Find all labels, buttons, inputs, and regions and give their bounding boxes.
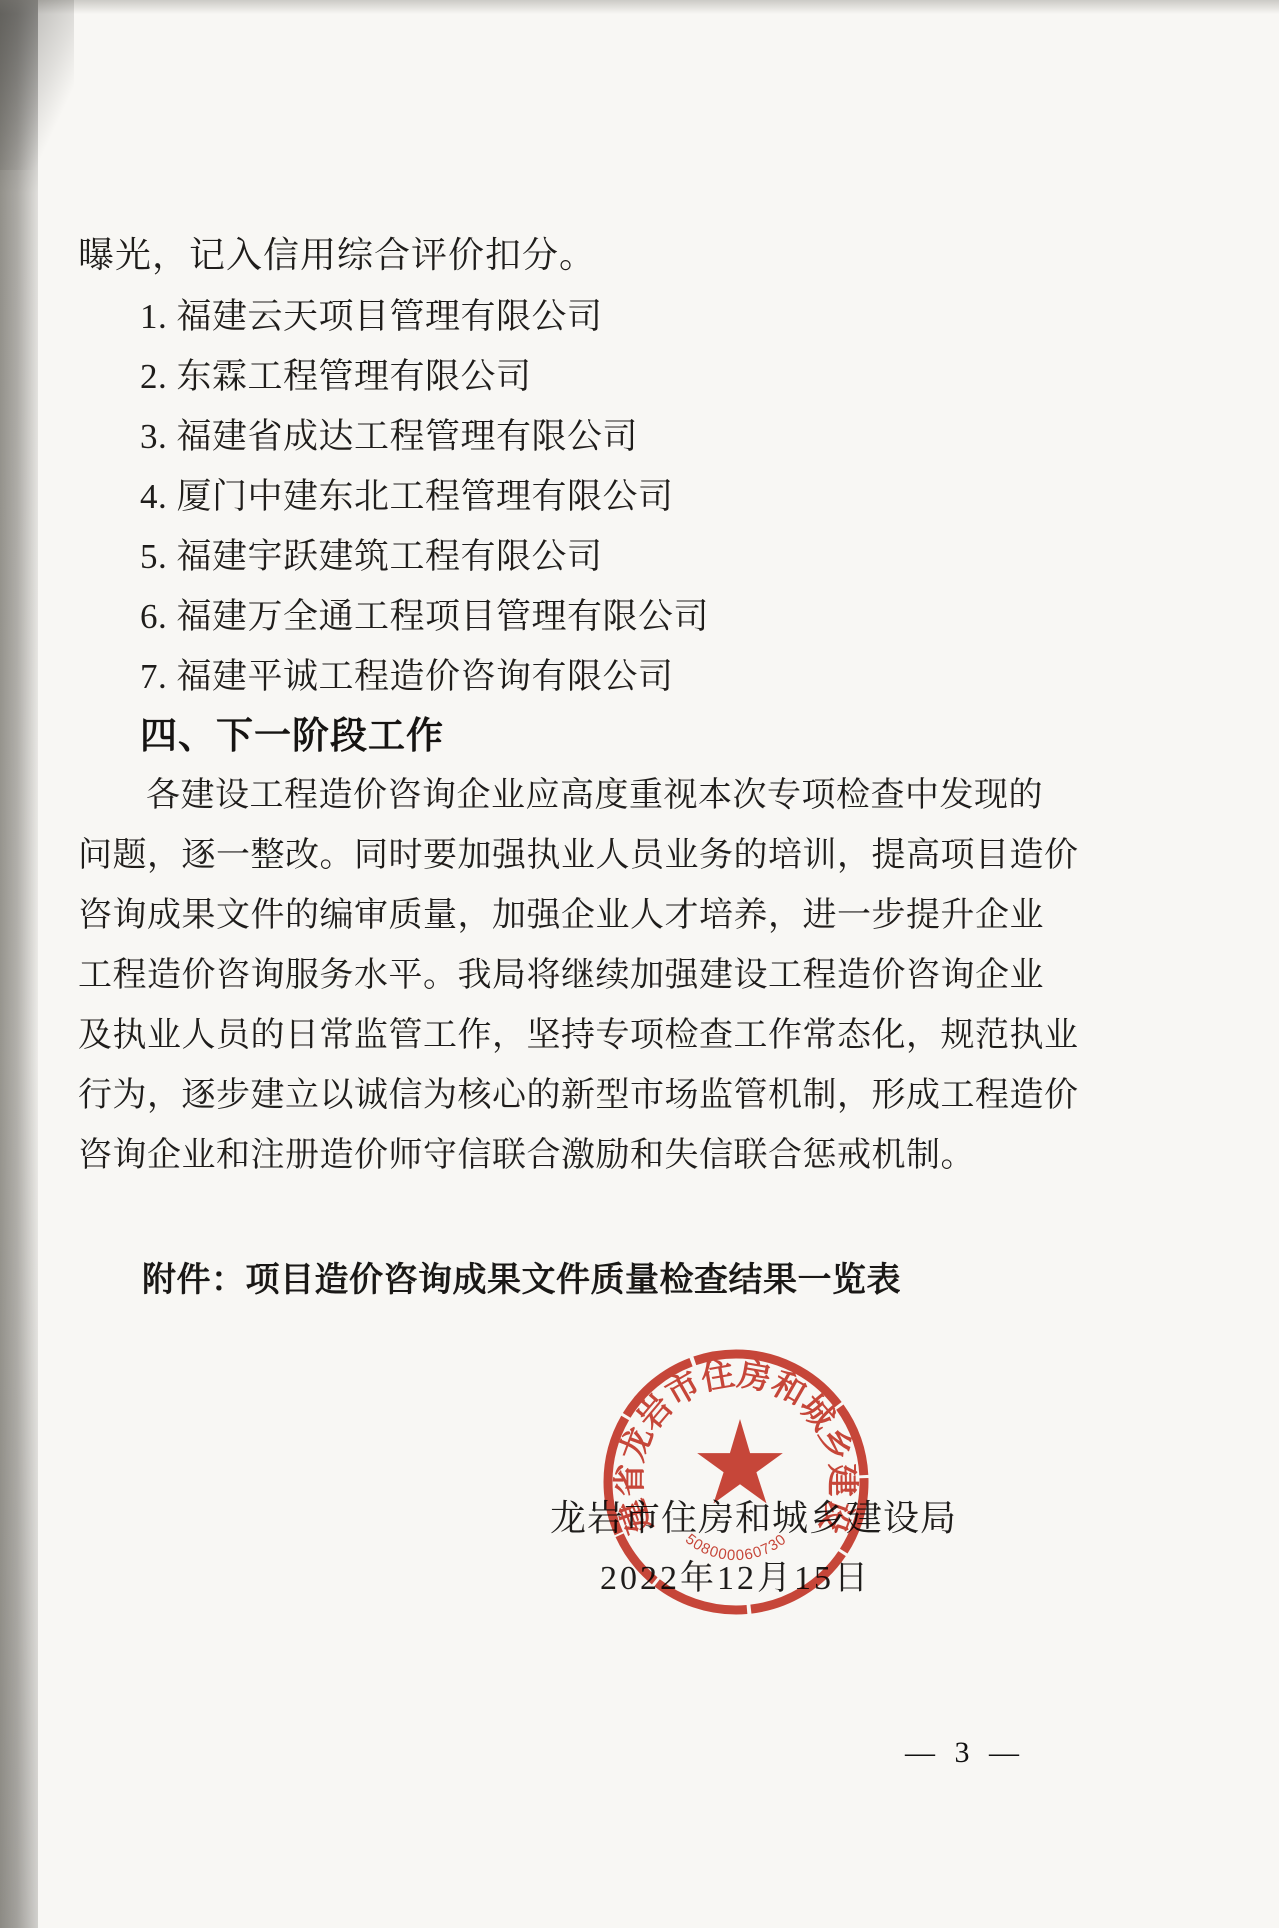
scan-edge-left	[0, 0, 38, 1928]
list-item: 6. 福建万全通工程项目管理有限公司	[140, 593, 709, 640]
intro-line: 曝光，记入信用综合评价扣分。	[78, 231, 596, 280]
attachment-line: 附件：项目造价咨询成果文件质量检查结果一览表	[142, 1258, 901, 1304]
paragraph-line: 咨询成果文件的编审质量，加强企业人才培养，进一步提升企业	[78, 893, 1044, 939]
list-item: 3. 福建省成达工程管理有限公司	[140, 413, 638, 460]
paragraph-line: 各建设工程造价咨询企业应高度重视本次专项检查中发现的	[146, 773, 1043, 819]
page-number: — 3 —	[905, 1733, 1025, 1774]
paragraph-line: 行为，逐步建立以诚信为核心的新型市场监管机制，形成工程造价	[78, 1073, 1079, 1119]
list-item: 7. 福建平诚工程造价咨询有限公司	[140, 653, 674, 700]
paragraph-line: 工程造价咨询服务水平。我局将继续加强建设工程造价咨询企业	[78, 953, 1044, 999]
list-item: 4. 厦门中建东北工程管理有限公司	[140, 473, 674, 520]
list-item: 5. 福建宇跃建筑工程有限公司	[140, 533, 603, 580]
scan-edge-top	[0, 0, 1279, 14]
scan-corner-top-left	[0, 0, 74, 170]
list-item: 2. 东霖工程管理有限公司	[140, 353, 532, 400]
document-page: 曝光，记入信用综合评价扣分。 1. 福建云天项目管理有限公司 2. 东霖工程管理…	[0, 0, 1279, 1928]
seal-arc-text: 福建省龙岩市住房和城乡建设局	[586, 1332, 860, 1538]
list-item: 1. 福建云天项目管理有限公司	[140, 293, 603, 340]
seal-star	[697, 1419, 783, 1503]
section-heading: 四、下一阶段工作	[140, 711, 444, 761]
seal-arc-text-holder: 福建省龙岩市住房和城乡建设局	[586, 1332, 860, 1538]
scan-edge-shade	[0, 0, 38, 1928]
official-seal: 福建省龙岩市住房和城乡建设局 35080000607301	[586, 1332, 886, 1632]
paragraph-line: 咨询企业和注册造价师守信联合激励和失信联合惩戒机制。	[78, 1133, 975, 1179]
paragraph-line: 及执业人员的日常监管工作，坚持专项检查工作常态化，规范执业	[78, 1013, 1079, 1059]
paragraph-line: 问题，逐一整改。同时要加强执业人员业务的培训，提高项目造价	[78, 833, 1079, 879]
